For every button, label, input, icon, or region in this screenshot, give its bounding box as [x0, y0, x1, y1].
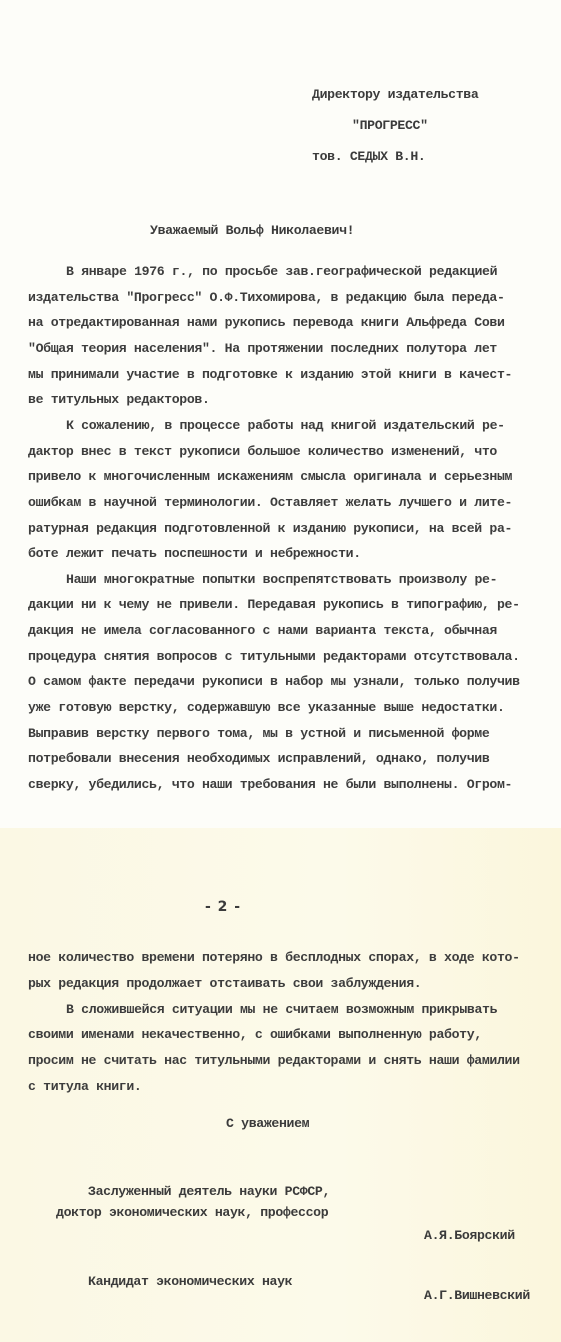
text-line: рых редакция продолжает отстаивать свои … [28, 976, 421, 992]
text-line: уже готовую верстку, содержавшую все ука… [28, 700, 505, 716]
text-line: мы принимали участие в подготовке к изда… [28, 367, 512, 383]
text-line: Наши многократные попытки воспрепятствов… [66, 572, 497, 588]
text-line: своими именами некачественно, с ошибками… [28, 1027, 482, 1043]
addressee-line-1: Директору издательства [312, 87, 478, 103]
page-two: - 2 - ное количество времени потеряно в … [0, 828, 561, 1342]
text-line: потребовали внесения необходимых исправл… [28, 751, 489, 767]
salutation: Уважаемый Вольф Николаевич! [150, 223, 354, 239]
signatory-2-title: Кандидат экономических наук [88, 1274, 292, 1290]
closing: С уважением [226, 1116, 309, 1132]
text-line: издательства "Прогресс" О.Ф.Тихомирова, … [28, 290, 505, 306]
letter-scan: Директору издательства "ПРОГРЕСС" тов. С… [0, 0, 561, 1342]
text-line: ошибкам в научной терминологии. Оставляе… [28, 495, 512, 511]
text-line: с титула книги. [28, 1079, 141, 1095]
text-line: К сожалению, в процессе работы над книго… [66, 418, 505, 434]
text-line: "Общая теория населения". На протяжении … [28, 341, 497, 357]
text-line: В сложившейся ситуации мы не считаем воз… [66, 1002, 497, 1018]
signatory-2-name: А.Г.Вишневский [424, 1288, 530, 1304]
text-line: боте лежит печать поспешности и небрежно… [28, 546, 361, 562]
text-line: дакции ни к чему не привели. Передавая р… [28, 597, 520, 613]
text-line: дактор внес в текст рукописи большое кол… [28, 444, 497, 460]
text-line: ратурная редакция подготовленной к издан… [28, 521, 512, 537]
signatory-1-title-line-2: доктор экономических наук, профессор [56, 1205, 328, 1221]
text-line: просим не считать нас титульными редакто… [28, 1053, 520, 1069]
text-line: В январе 1976 г., по просьбе зав.географ… [66, 264, 497, 280]
signatory-1-title-line-1: Заслуженный деятель науки РСФСР, [88, 1184, 330, 1200]
text-line: Выправив верстку первого тома, мы в устн… [28, 726, 489, 742]
addressee-line-3: тов. СЕДЫХ В.Н. [312, 149, 425, 165]
text-line: сверку, убедились, что наши требования н… [28, 777, 512, 793]
page-number: - 2 - [205, 899, 241, 915]
text-line: ве титульных редакторов. [28, 392, 210, 408]
text-line: процедура снятия вопросов с титульными р… [28, 649, 520, 665]
text-line: ное количество времени потеряно в беспло… [28, 950, 520, 966]
addressee-line-2: "ПРОГРЕСС" [352, 118, 428, 134]
text-line: дакция не имела согласованного с нами ва… [28, 623, 497, 639]
text-line: привело к многочисленным искажениям смыс… [28, 469, 512, 485]
page-one: Директору издательства "ПРОГРЕСС" тов. С… [0, 0, 561, 828]
signatory-1-name: А.Я.Боярский [424, 1228, 515, 1244]
text-line: О самом факте передачи рукописи в набор … [28, 674, 520, 690]
text-line: на отредактированная нами рукопись перев… [28, 315, 505, 331]
